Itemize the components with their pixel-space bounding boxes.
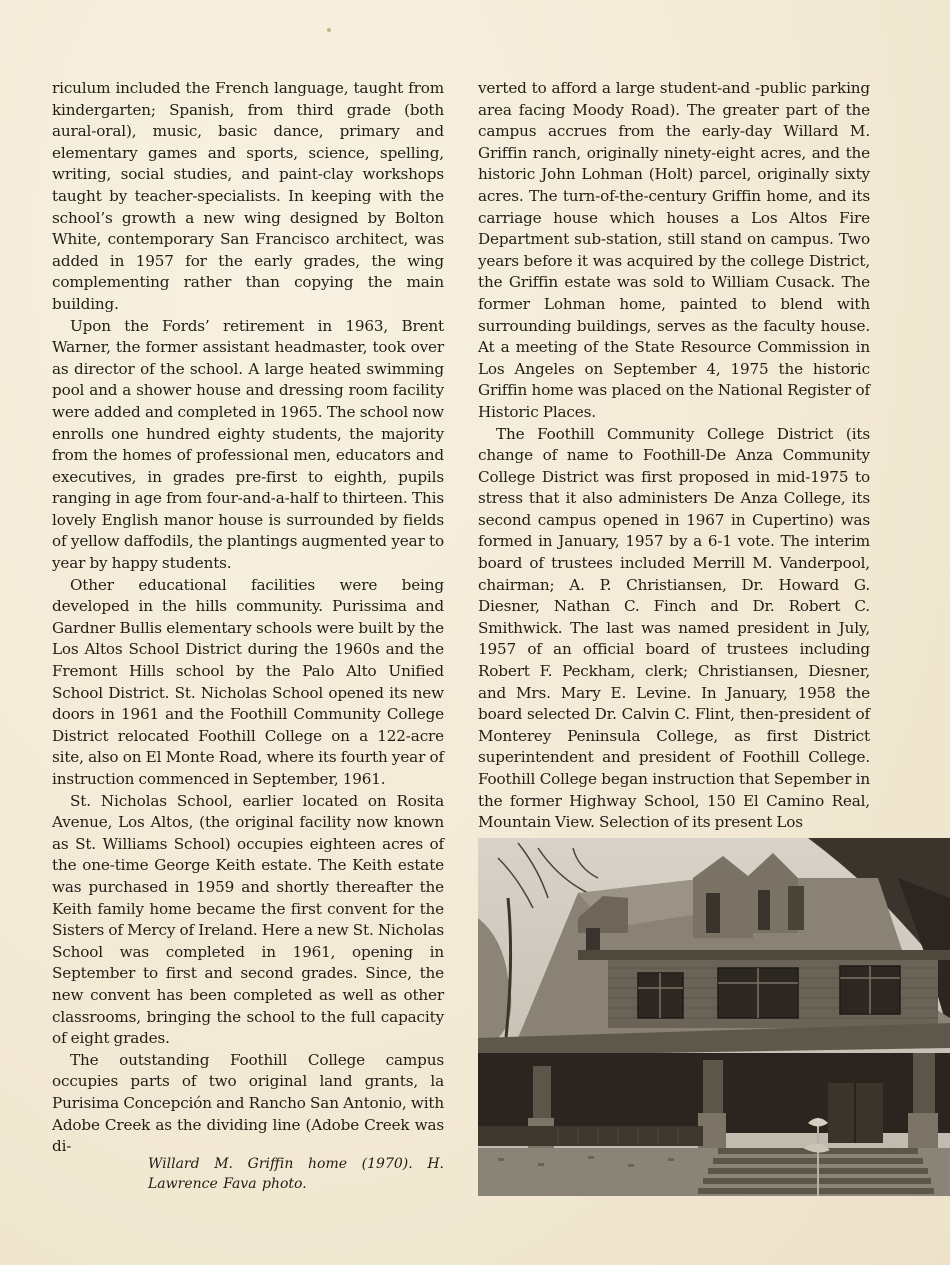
paper-speck	[327, 28, 331, 32]
left-text-column: riculum included the French language, ta…	[52, 78, 444, 1158]
right-text-column: verted to afford a large student-and -pu…	[478, 78, 870, 834]
paragraph: The Foothill Community College District …	[478, 424, 870, 834]
book-page: riculum included the French language, ta…	[0, 0, 950, 1265]
paragraph: St. Nicholas School, earlier located on …	[52, 791, 444, 1050]
paragraph: verted to afford a large student-and -pu…	[478, 78, 870, 424]
paragraph: Other educational facilities were being …	[52, 575, 444, 791]
paragraph: riculum included the French language, ta…	[52, 78, 444, 316]
house-photo-illustration	[478, 838, 950, 1196]
griffin-home-photo	[478, 838, 950, 1196]
paragraph: The outstanding Foothill College campus …	[52, 1050, 444, 1158]
photo-caption: Willard M. Griffin home (1970). H. Lawre…	[148, 1154, 444, 1194]
paragraph: Upon the Fords’ retirement in 1963, Bren…	[52, 316, 444, 575]
